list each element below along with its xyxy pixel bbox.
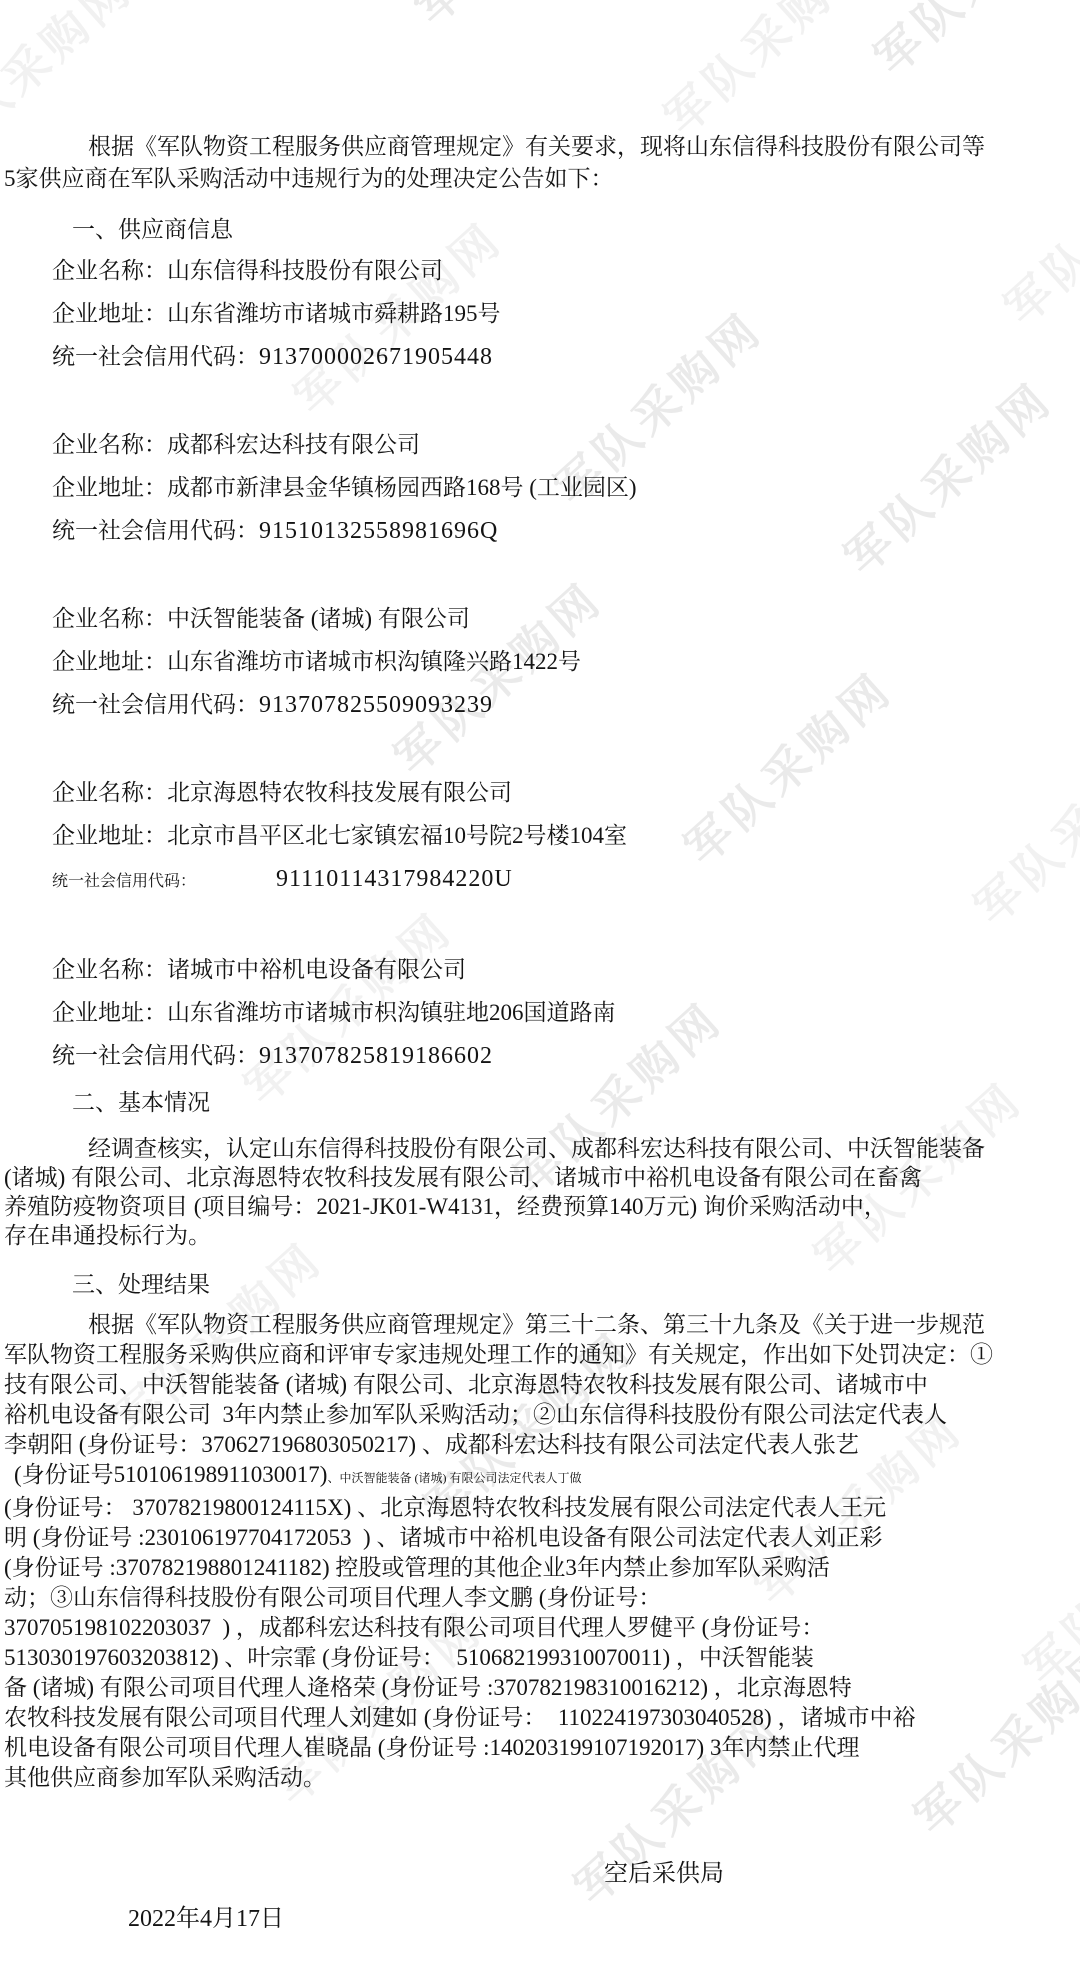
section2-heading: 二、基本情况 bbox=[4, 1087, 1080, 1119]
company-code-value: 913700002671905448 bbox=[259, 344, 493, 370]
section3-line: 李朝阳 (身份证号：370627196803050217) 、成都科宏达科技有限… bbox=[4, 1430, 1080, 1460]
section3-line: 其他供应商参加军队采购活动。 bbox=[4, 1763, 1080, 1793]
document-content: 根据《军队物资工程服务供应商管理规定》有关要求，现将山东信得科技股份有限公司等 … bbox=[0, 0, 1080, 1961]
section3-line-small: 、中沃智能装备 (诸城) 有限公司法定代表人丁做 bbox=[327, 1471, 581, 1485]
company-name-label: 企业名称： bbox=[52, 957, 167, 982]
section3-line: 动；③山东信得科技股份有限公司项目代理人李文鹏 (身份证号： bbox=[4, 1583, 1080, 1613]
company-address-value: 成都市新津县金华镇杨园西路168号 (工业园区) bbox=[167, 475, 637, 500]
section3-line: 明 (身份证号 :230106197704172053 ) 、诸城市中裕机电设备… bbox=[4, 1523, 1080, 1553]
company-code-label: 统一社会信用代码： bbox=[52, 692, 259, 717]
company-name-line: 企业名称：诸城市中裕机电设备有限公司 bbox=[4, 954, 1080, 986]
company-code-value: 913707825819186602 bbox=[259, 1043, 493, 1069]
company-name-value: 诸城市中裕机电设备有限公司 bbox=[167, 957, 466, 982]
section3-line: 备 (诸城) 有限公司项目代理人逄格荣 (身份证号 :3707821983100… bbox=[4, 1673, 1080, 1703]
company-name-label: 企业名称： bbox=[52, 432, 167, 457]
company-code-label: 统一社会信用代码： bbox=[52, 518, 259, 543]
company-name-label: 企业名称： bbox=[52, 780, 167, 805]
company-name-line: 企业名称：成都科宏达科技有限公司 bbox=[4, 429, 1080, 461]
company-address-line: 企业地址：山东省潍坊市诸城市舜耕路195号 bbox=[4, 298, 1080, 330]
company-name-label: 企业名称： bbox=[52, 258, 167, 283]
intro-line-2: 5家供应商在军队采购活动中违规行为的处理决定公告如下： bbox=[4, 163, 1080, 195]
company-block-3: 企业名称：中沃智能装备 (诸城) 有限公司 企业地址：山东省潍坊市诸城市枳沟镇隆… bbox=[4, 603, 1080, 721]
company-name-line: 企业名称：山东信得科技股份有限公司 bbox=[4, 255, 1080, 287]
company-address-label: 企业地址： bbox=[52, 475, 167, 500]
company-address-label: 企业地址： bbox=[52, 649, 167, 674]
company-code-line: 统一社会信用代码：913707825819186602 bbox=[4, 1040, 1080, 1072]
company-name-value: 北京海恩特农牧科技发展有限公司 bbox=[167, 780, 512, 805]
company-address-label: 企业地址： bbox=[52, 1000, 167, 1025]
section3-line: (身份证号： 37078219800124115X) 、北京海恩特农牧科技发展有… bbox=[4, 1493, 1080, 1523]
company-address-line: 企业地址：成都市新津县金华镇杨园西路168号 (工业园区) bbox=[4, 472, 1080, 504]
section3-line: 农牧科技发展有限公司项目代理人刘建如 (身份证号： 11022419730304… bbox=[4, 1703, 1080, 1733]
company-name-value: 成都科宏达科技有限公司 bbox=[167, 432, 420, 457]
company-name-value: 山东信得科技股份有限公司 bbox=[167, 258, 443, 283]
section3-line: 机电设备有限公司项目代理人崔晓晶 (身份证号 :1402031991071920… bbox=[4, 1733, 1080, 1763]
document-page: 军队采购网 军队采购网 军队采购网 军队采购网 军队采购网 军队采购网 军队采购… bbox=[0, 0, 1080, 1963]
company-name-value: 中沃智能装备 (诸城) 有限公司 bbox=[167, 606, 470, 631]
section2-line: 经调查核实，认定山东信得科技股份有限公司、成都科宏达科技有限公司、中沃智能装备 bbox=[4, 1134, 1080, 1163]
company-code-line: 统一社会信用代码：91510132558981696Q bbox=[4, 515, 1080, 547]
section3-line-main: (身份证号510106198911030017) bbox=[14, 1462, 327, 1487]
section3-line: (身份证号 :370782198801241182) 控股或管理的其他企业3年内… bbox=[4, 1553, 1080, 1583]
section2-line: 存在串通投标行为。 bbox=[4, 1221, 1080, 1250]
company-code-line: 统一社会信用代码：91110114317984220U bbox=[4, 863, 1080, 898]
section3-line: 370705198102203037 ) ，成都科宏达科技有限公司项目代理人罗健… bbox=[4, 1613, 1080, 1643]
company-block-1: 企业名称：山东信得科技股份有限公司 企业地址：山东省潍坊市诸城市舜耕路195号 … bbox=[4, 255, 1080, 373]
company-address-value: 北京市昌平区北七家镇宏福10号院2号楼104室 bbox=[167, 823, 627, 848]
signature-issuer: 空后采供局 bbox=[604, 1858, 1080, 1890]
company-code-line: 统一社会信用代码：913700002671905448 bbox=[4, 341, 1080, 373]
company-code-label: 统一社会信用代码： bbox=[52, 1043, 259, 1068]
company-code-value: 91510132558981696Q bbox=[259, 518, 498, 544]
company-address-value: 山东省潍坊市诸城市枳沟镇隆兴路1422号 bbox=[167, 649, 581, 674]
company-code-label: 统一社会信用代码： bbox=[52, 344, 259, 369]
intro-line-1: 根据《军队物资工程服务供应商管理规定》有关要求，现将山东信得科技股份有限公司等 bbox=[4, 131, 1080, 163]
company-address-label: 企业地址： bbox=[52, 301, 167, 326]
section1-heading: 一、供应商信息 bbox=[4, 214, 1080, 246]
section3-line: 军队物资工程服务采购供应商和评审专家违规处理工作的通知》有关规定，作出如下处罚决… bbox=[4, 1340, 1080, 1370]
company-name-line: 企业名称：中沃智能装备 (诸城) 有限公司 bbox=[4, 603, 1080, 635]
company-code-label: 统一社会信用代码： bbox=[52, 873, 196, 890]
company-name-line: 企业名称：北京海恩特农牧科技发展有限公司 bbox=[4, 777, 1080, 809]
company-code-value: 91110114317984220U bbox=[276, 866, 513, 892]
section3-line: 根据《军队物资工程服务供应商管理规定》第三十二条、第三十九条及《关于进一步规范 bbox=[4, 1310, 1080, 1340]
company-address-label: 企业地址： bbox=[52, 823, 167, 848]
company-address-line: 企业地址：北京市昌平区北七家镇宏福10号院2号楼104室 bbox=[4, 820, 1080, 852]
company-address-value: 山东省潍坊市诸城市舜耕路195号 bbox=[167, 301, 501, 326]
company-name-label: 企业名称： bbox=[52, 606, 167, 631]
company-block-2: 企业名称：成都科宏达科技有限公司 企业地址：成都市新津县金华镇杨园西路168号 … bbox=[4, 429, 1080, 547]
section3-line: 技有限公司、中沃智能装备 (诸城) 有限公司、北京海恩特农牧科技发展有限公司、诸… bbox=[4, 1370, 1080, 1400]
company-address-line: 企业地址：山东省潍坊市诸城市枳沟镇隆兴路1422号 bbox=[4, 646, 1080, 678]
section3-line: 513030197603203812) 、叶宗霏 (身份证号： 51068219… bbox=[4, 1643, 1080, 1673]
company-code-value: 913707825509093239 bbox=[259, 692, 493, 718]
section3-line-mixed: (身份证号510106198911030017)、中沃智能装备 (诸城) 有限公… bbox=[4, 1460, 1080, 1493]
company-address-line: 企业地址：山东省潍坊市诸城市枳沟镇驻地206国道路南 bbox=[4, 997, 1080, 1029]
section3-line: 裕机电设备有限公司 3年内禁止参加军队采购活动；②山东信得科技股份有限公司法定代… bbox=[4, 1400, 1080, 1430]
section2-line: (诸城) 有限公司、北京海恩特农牧科技发展有限公司、诸城市中裕机电设备有限公司在… bbox=[4, 1163, 1080, 1192]
signature-date: 2022年4月17日 bbox=[128, 1903, 1080, 1935]
section3-heading: 三、处理结果 bbox=[4, 1269, 1080, 1301]
company-block-5: 企业名称：诸城市中裕机电设备有限公司 企业地址：山东省潍坊市诸城市枳沟镇驻地20… bbox=[4, 954, 1080, 1072]
company-code-line: 统一社会信用代码：913707825509093239 bbox=[4, 689, 1080, 721]
section2-line: 养殖防疫物资项目 (项目编号：2021-JK01-W4131，经费预算140万元… bbox=[4, 1192, 1080, 1221]
company-block-4: 企业名称：北京海恩特农牧科技发展有限公司 企业地址：北京市昌平区北七家镇宏福10… bbox=[4, 777, 1080, 898]
company-address-value: 山东省潍坊市诸城市枳沟镇驻地206国道路南 bbox=[167, 1000, 616, 1025]
